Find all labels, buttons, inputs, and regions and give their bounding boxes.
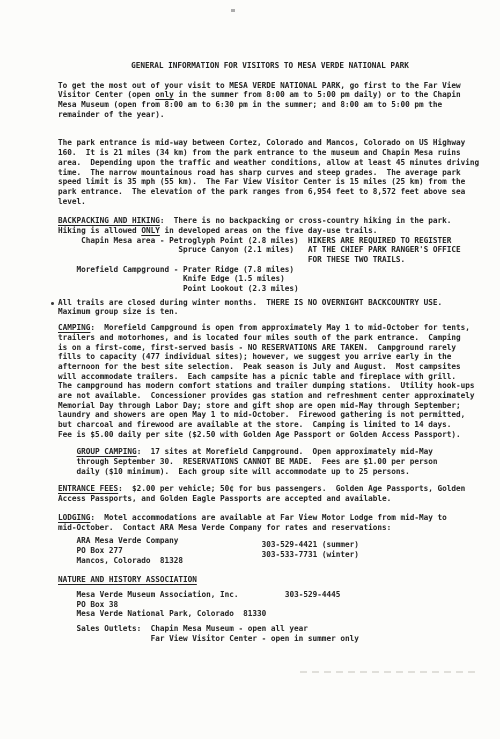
document-content: GENERAL INFORMATION FOR VISITORS TO MESA…: [58, 61, 482, 643]
text-segment: Chapin Mesa area - Petroglyph Point (2.8…: [58, 236, 451, 245]
doc-line: mid-October. Contact ARA Mesa Verde Comp…: [58, 523, 482, 533]
lodging-section: LODGING: Motel accommodations are availa…: [58, 513, 482, 532]
doc-line: laundry and showers are open May 1 to mi…: [58, 410, 482, 420]
doc-line: BACKPACKING AND HIKING: There is no back…: [58, 216, 482, 226]
underlined-text: ONLY: [141, 226, 160, 235]
doc-line: Mancos, Colorado 81328 303-533-7731 (win…: [58, 556, 482, 566]
doc-line: speed limit is 35 mph (55 km). The Far V…: [58, 177, 482, 187]
text-segment: [183, 556, 262, 565]
doc-line: area. Depending upon the traffic and wea…: [58, 158, 482, 168]
doc-line: Chapin Mesa area - Petroglyph Point (2.8…: [58, 236, 482, 246]
park-entrance-paragraph: The park entrance is mid-way between Cor…: [58, 138, 482, 206]
text-segment: : Motel accommodations are available at …: [90, 513, 446, 522]
text-segment: will accommodate trailers. Each campsite…: [58, 372, 456, 381]
underlined-text: CAMPING: [58, 323, 90, 332]
doc-line: level.: [58, 197, 482, 207]
text-segment: : Morefield Campground is open from appr…: [90, 323, 470, 332]
text-segment: speed limit is 35 mph (55 km). The Far V…: [58, 177, 465, 186]
text-segment: Mesa Museum (open from 8:00 am to 6:30 p…: [58, 100, 442, 109]
text-segment: All trails are closed during winter mont…: [58, 298, 442, 307]
backpacking-section: BACKPACKING AND HIKING: There is no back…: [58, 216, 482, 235]
text-segment: are not available. Concessioner provides…: [58, 391, 475, 400]
doc-line: Hiking is allowed ONLY in developed area…: [58, 226, 482, 236]
text-segment: Knife Edge (1.5 miles): [58, 274, 285, 283]
doc-line: All trails are closed during winter mont…: [58, 298, 482, 308]
doc-line: GROUP CAMPING: 17 sites at Morefield Cam…: [58, 447, 482, 457]
underlined-text: BACKPACKING AND HIKING: [58, 216, 160, 225]
text-segment: Hiking is allowed: [58, 226, 141, 235]
text-segment: area. Depending upon the traffic and wea…: [58, 158, 479, 167]
underlined-text: only: [155, 90, 174, 99]
doc-line: Maximum group size is ten.: [58, 307, 482, 317]
text-segment: Mesa Verde National Park, Colorado 81330: [58, 609, 266, 618]
camping-section: CAMPING: Morefield Campground is open fr…: [58, 323, 482, 439]
text-segment: The park entrance is mid-way between Cor…: [58, 138, 465, 147]
text-segment: park entrance. The elevation of the park…: [58, 187, 465, 196]
doc-line: Far View Visitor Center - open in summer…: [58, 634, 482, 644]
doc-line: LODGING: Motel accommodations are availa…: [58, 513, 482, 523]
underlined-text: NATURE AND HISTORY ASSOCIATION: [58, 575, 197, 584]
intro-paragraph: To get the most out of your visit to MES…: [58, 81, 482, 120]
text-segment: Access Passports, and Golden Eagle Passp…: [58, 494, 391, 503]
doc-line: GENERAL INFORMATION FOR VISITORS TO MESA…: [58, 61, 482, 71]
text-segment: Morefield Campground - Prater Ridge (7.8…: [58, 265, 294, 274]
text-segment: [58, 447, 77, 456]
text-segment: in developed areas on the five day-use t…: [160, 226, 378, 235]
doc-line: Mesa Verde National Park, Colorado 81330: [58, 609, 482, 619]
sales-outlets-block: Sales Outlets: Chapin Mesa Museum - open…: [58, 624, 482, 643]
doc-line: remainder of the year).: [58, 110, 482, 120]
doc-line: Fee is $5.00 daily per site ($2.50 with …: [58, 430, 482, 440]
text-segment: FOR THESE TWO TRAILS.: [58, 255, 405, 264]
text-segment: mid-October. Contact ARA Mesa Verde Comp…: [58, 523, 391, 532]
text-segment: afternoon for the best site selection. P…: [58, 362, 461, 371]
text-segment: Point Lookout (2.3 miles): [58, 284, 299, 293]
doc-line: Morefield Campground - Prater Ridge (7.8…: [58, 265, 482, 275]
doc-line: through September 30. RESERVATIONS CANNO…: [58, 457, 482, 467]
doc-line: but charcoal and firewood are available …: [58, 420, 482, 430]
doc-line: is on a first-come, first-served basis -…: [58, 343, 482, 353]
text-segment: 303-533-7731 (winter): [262, 550, 359, 559]
text-segment: but charcoal and firewood are available …: [58, 420, 451, 429]
doc-line: To get the most out of your visit to MES…: [58, 81, 482, 91]
doc-line: The park entrance is mid-way between Cor…: [58, 138, 482, 148]
museum-association-block: Mesa Verde Museum Association, Inc. 303-…: [58, 590, 482, 619]
text-segment: Spruce Canyon (2.1 miles) AT THE CHIEF P…: [58, 245, 461, 254]
entrance-fees-section: ENTRANCE FEES: $2.00 per vehicle; 50¢ fo…: [58, 484, 482, 503]
doc-line: daily ($10 minimum). Each group site wil…: [58, 467, 482, 477]
doc-line: Point Lookout (2.3 miles): [58, 284, 482, 294]
text-segment: ARA Mesa Verde Company: [58, 536, 178, 545]
text-segment: : 17 sites at Morefield Campground. Open…: [137, 447, 433, 456]
doc-line: CAMPING: Morefield Campground is open fr…: [58, 323, 482, 333]
doc-line: NATURE AND HISTORY ASSOCIATION: [58, 575, 482, 585]
text-segment: : There is no backpacking or cross-count…: [160, 216, 452, 225]
trails-note: All trails are closed during winter mont…: [58, 298, 482, 317]
text-segment: remainder of the year).: [58, 110, 164, 119]
text-segment: PO Box 38: [58, 600, 118, 609]
text-segment: in the summer from 8:00 am to 5:00 pm da…: [174, 90, 461, 99]
text-segment: daily ($10 minimum). Each group site wil…: [58, 467, 410, 476]
text-segment: is on a first-come, first-served basis -…: [58, 343, 456, 352]
text-segment: 160. It is 21 miles (34 km) from the par…: [58, 148, 461, 157]
text-segment: time. The narrow mountainous road has sh…: [58, 168, 461, 177]
nature-history-heading: NATURE AND HISTORY ASSOCIATION: [58, 575, 482, 585]
text-segment: : $2.00 per vehicle; 50¢ for bus passeng…: [118, 484, 465, 493]
doc-line: Mesa Verde Museum Association, Inc. 303-…: [58, 590, 482, 600]
morefield-trails-list: Morefield Campground - Prater Ridge (7.8…: [58, 265, 482, 294]
text-segment: Memorial Day through Labor Day; store an…: [58, 401, 461, 410]
underlined-text: LODGING: [58, 513, 90, 522]
text-segment: PO Box 277: [58, 546, 123, 555]
doc-line: trailers and motorhomes, and is located …: [58, 333, 482, 343]
doc-line: PO Box 38: [58, 600, 482, 610]
text-segment: Mesa Verde Museum Association, Inc.: [58, 590, 239, 599]
doc-line: time. The narrow mountainous road has sh…: [58, 168, 482, 178]
chapin-trails-list: Chapin Mesa area - Petroglyph Point (2.8…: [58, 236, 482, 265]
doc-line: FOR THESE TWO TRAILS.: [58, 255, 482, 265]
text-segment: To get the most out of your visit to MES…: [58, 81, 461, 90]
doc-line: fills to capacity (477 individual sites)…: [58, 352, 482, 362]
text-segment: laundry and showers are open May 1 to mi…: [58, 410, 465, 419]
doc-line: park entrance. The elevation of the park…: [58, 187, 482, 197]
doc-line: afternoon for the best site selection. P…: [58, 362, 482, 372]
doc-line: Mesa Museum (open from 8:00 am to 6:30 p…: [58, 100, 482, 110]
doc-line: Memorial Day through Labor Day; store an…: [58, 401, 482, 411]
doc-line: Spruce Canyon (2.1 miles) AT THE CHIEF P…: [58, 245, 482, 255]
text-segment: Maximum group size is ten.: [58, 307, 178, 316]
doc-line: Visitor Center (open only in the summer …: [58, 90, 482, 100]
text-segment: level.: [58, 197, 86, 206]
text-segment: Mancos, Colorado 81328: [58, 556, 183, 565]
text-segment: 303-529-4421 (summer): [262, 540, 359, 549]
text-segment: fills to capacity (477 individual sites)…: [58, 352, 451, 361]
lodging-address-block: ARA Mesa Verde Company PO Box 277 303-52…: [58, 536, 482, 565]
doc-line: will accommodate trailers. Each campsite…: [58, 372, 482, 382]
text-segment: 303-529-4445: [285, 590, 341, 599]
scan-artifact-speck: [231, 9, 235, 12]
doc-title: GENERAL INFORMATION FOR VISITORS TO MESA…: [58, 61, 482, 71]
group-camping-section: GROUP CAMPING: 17 sites at Morefield Cam…: [58, 447, 482, 476]
text-segment: [123, 546, 262, 555]
scan-artifact-line: [300, 671, 476, 673]
underlined-text: ENTRANCE FEES: [58, 484, 118, 493]
text-segment: GENERAL INFORMATION FOR VISITORS TO MESA…: [131, 61, 409, 70]
text-segment: trailers and motorhomes, and is located …: [58, 333, 461, 342]
text-segment: Fee is $5.00 daily per site ($2.50 with …: [58, 430, 461, 439]
text-segment: Far View Visitor Center - open in summer…: [58, 634, 359, 643]
underlined-text: GROUP CAMPING: [77, 447, 137, 456]
text-segment: Sales Outlets: Chapin Mesa Museum - open…: [58, 624, 308, 633]
text-segment: [239, 590, 285, 599]
doc-line: Knife Edge (1.5 miles): [58, 274, 482, 284]
text-segment: The campground has modern comfort statio…: [58, 381, 475, 390]
doc-line: The campground has modern comfort statio…: [58, 381, 482, 391]
doc-line: 160. It is 21 miles (34 km) from the par…: [58, 148, 482, 158]
text-segment: Visitor Center (open: [58, 90, 155, 99]
doc-line: Access Passports, and Golden Eagle Passp…: [58, 494, 482, 504]
text-segment: through September 30. RESERVATIONS CANNO…: [58, 457, 438, 466]
doc-line: Sales Outlets: Chapin Mesa Museum - open…: [58, 624, 482, 634]
doc-line: ENTRANCE FEES: $2.00 per vehicle; 50¢ fo…: [58, 484, 482, 494]
scanned-document-page: GENERAL INFORMATION FOR VISITORS TO MESA…: [0, 0, 500, 739]
doc-line: are not available. Concessioner provides…: [58, 391, 482, 401]
